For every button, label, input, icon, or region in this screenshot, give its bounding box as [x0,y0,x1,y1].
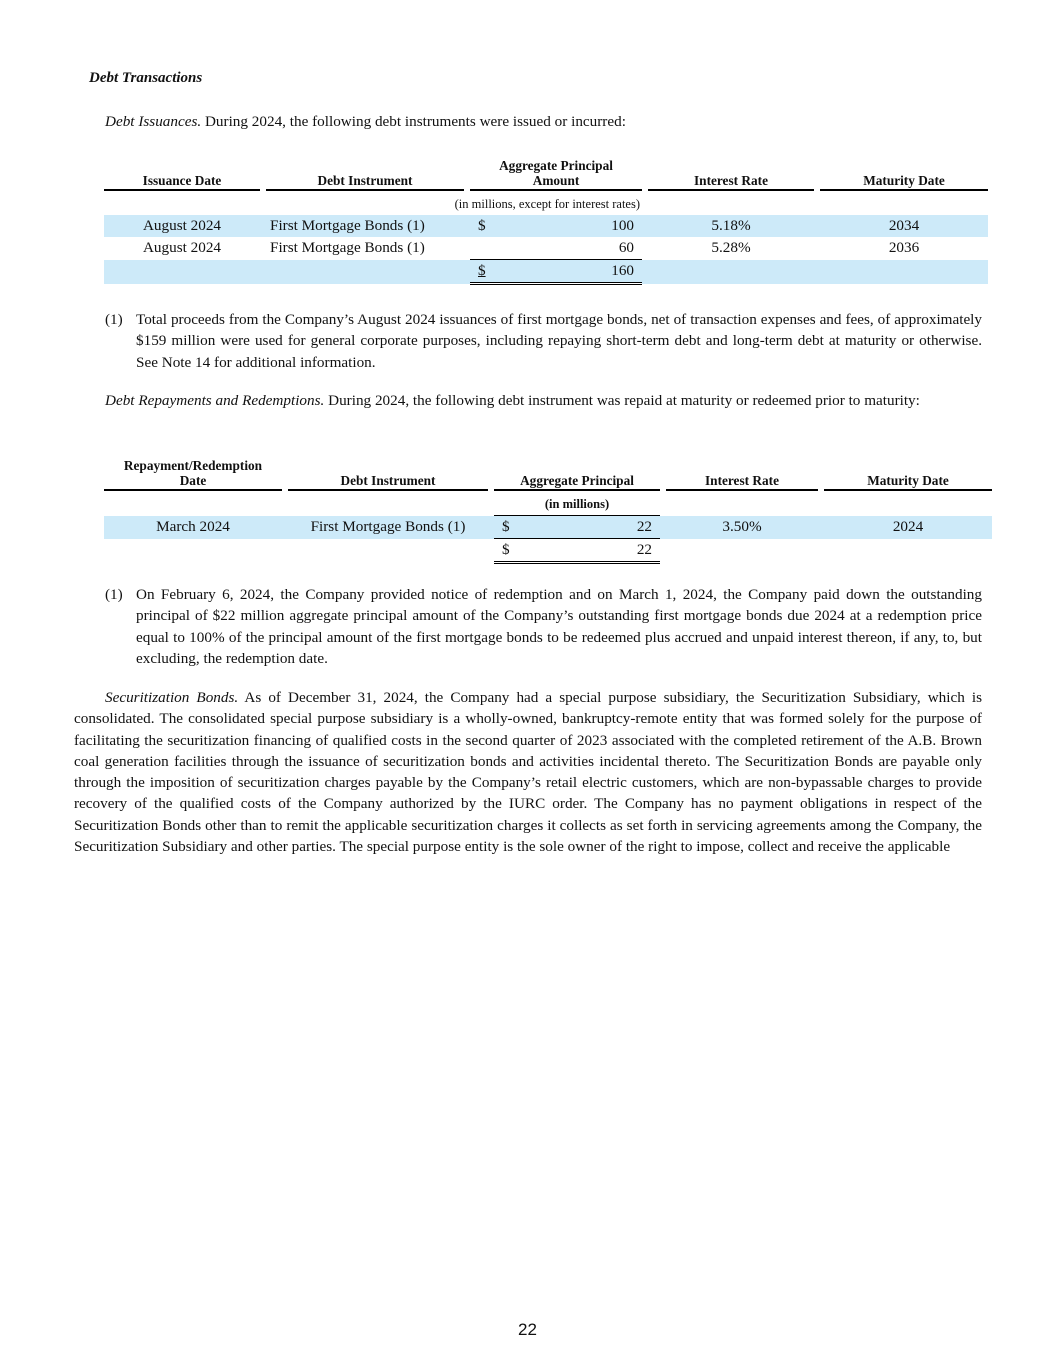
cell-total-amount: $160 [470,260,642,284]
securitization-paragraph: Securitization Bonds. As of December 31,… [74,687,982,857]
table-row: August 2024 First Mortgage Bonds (1) 60 … [104,237,988,260]
cell-rate: 5.18% [648,215,814,237]
cell-date: March 2024 [104,516,282,539]
cell-maturity: 2024 [824,516,992,539]
issuances-intro-text: During 2024, the following debt instrume… [201,113,626,130]
repayments-intro-text: During 2024, the following debt instrume… [324,392,920,409]
repayments-intro: Debt Repayments and Redemptions. During … [74,390,982,411]
header-aggregate-principal: Aggregate PrincipalAmount [470,158,642,193]
cell-date: August 2024 [104,215,260,237]
header-debt-instrument: Debt Instrument [288,458,488,493]
header-maturity-date: Maturity Date [824,458,992,493]
header-redemption-date: Repayment/RedemptionDate [104,458,282,493]
footnote-text: Total proceeds from the Company’s August… [136,309,982,373]
cell-instrument: First Mortgage Bonds (1) [266,215,464,237]
issuances-intro: Debt Issuances. During 2024, the followi… [74,111,982,132]
total-row: $160 [104,260,988,284]
header-debt-instrument: Debt Instrument [266,158,464,193]
cell-instrument: First Mortgage Bonds (1) [266,237,464,260]
header-aggregate-principal: Aggregate Principal [494,458,660,493]
issuances-intro-label: Debt Issuances. [105,113,201,130]
repayments-table: Repayment/RedemptionDate Debt Instrument… [104,458,992,564]
units-note: (in millions, except for interest rates) [104,193,642,215]
securitization-label: Securitization Bonds. [105,689,238,706]
issuances-footnote: (1) Total proceeds from the Company’s Au… [105,309,982,373]
cell-date: August 2024 [104,237,260,260]
table-row: March 2024 First Mortgage Bonds (1) $22 … [104,516,992,539]
cell-maturity: 2036 [820,237,988,260]
cell-total-amount: $22 [494,539,660,563]
total-row: $22 [104,539,992,563]
header-interest-rate: Interest Rate [648,158,814,193]
header-interest-rate: Interest Rate [666,458,818,493]
cell-rate: 3.50% [666,516,818,539]
cell-instrument: First Mortgage Bonds (1) [288,516,488,539]
securitization-text: As of December 31, 2024, the Company had… [74,689,982,855]
cell-amount: $22 [494,516,660,539]
cell-maturity: 2034 [820,215,988,237]
repayments-footnote: (1) On February 6, 2024, the Company pro… [105,584,982,669]
header-issuance-date: Issuance Date [104,158,260,193]
repayments-intro-label: Debt Repayments and Redemptions. [105,392,324,409]
units-note: (in millions) [494,493,660,516]
page-number: 22 [0,1320,1055,1340]
header-maturity-date: Maturity Date [820,158,988,193]
cell-rate: 5.28% [648,237,814,260]
footnote-marker: (1) [105,309,123,330]
cell-amount: 60 [470,237,642,260]
table-row: August 2024 First Mortgage Bonds (1) $10… [104,215,988,237]
footnote-marker: (1) [105,584,123,605]
footnote-text: On February 6, 2024, the Company provide… [136,584,982,669]
section-title: Debt Transactions [89,70,202,87]
issuances-table: Issuance Date Debt Instrument Aggregate … [104,158,988,285]
cell-amount: $100 [470,215,642,237]
